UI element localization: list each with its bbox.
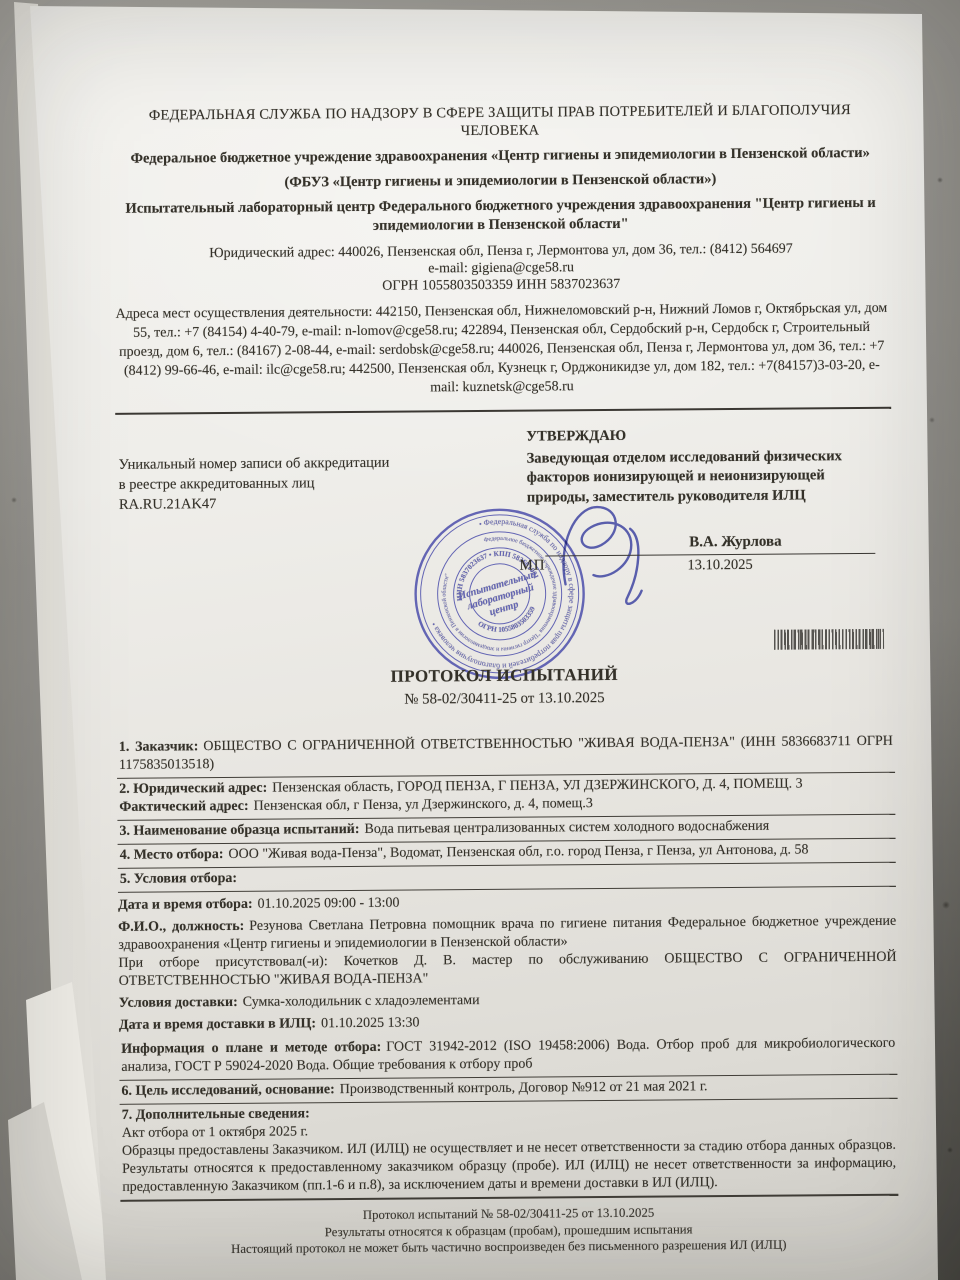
protocol-title-block: ПРОТОКОЛ ИСПЫТАНИЙ № 58-02/30411-25 от 1… <box>118 663 890 711</box>
section-1-text: ОБЩЕСТВО С ОГРАНИЧЕННОЙ ОТВЕТСТВЕННОСТЬЮ… <box>119 734 893 773</box>
header-organization: Федеральное бюджетное учреждение здравоо… <box>114 144 886 169</box>
section-5-heading: 5. Условия отбора: <box>118 863 896 893</box>
approver-name: В.А. Журлова <box>689 534 782 552</box>
section-1-label: 1. Заказчик: <box>119 739 204 755</box>
sampler-fio: Ф.И.О., должность:Резунова Светлана Петр… <box>118 913 896 955</box>
delivery-datetime-value: 01.10.2025 13:30 <box>321 1015 420 1031</box>
header-organization-short: (ФБУЗ «Центр гигиены и эпидемиологии в П… <box>114 169 886 193</box>
accreditation-note: Уникальный номер записи об аккредитации … <box>119 452 459 515</box>
section-6-text: Производственный контроль, Договор №912 … <box>340 1079 708 1097</box>
section-2-legal-label: 2. Юридический адрес: <box>119 781 272 797</box>
section-2-legal-text: Пензенская область, ГОРОД ПЕНЗА, Г ПЕНЗА… <box>272 776 803 795</box>
header-agency: ФЕДЕРАЛЬНАЯ СЛУЖБА ПО НАДЗОРУ В СФЕРЕ ЗА… <box>114 101 886 143</box>
section-1-customer: 1. Заказчик:ОБЩЕСТВО С ОГРАНИЧЕННОЙ ОТВЕ… <box>117 731 895 779</box>
document-header: ФЕДЕРАЛЬНАЯ СЛУЖБА ПО НАДЗОРУ В СФЕРЕ ЗА… <box>114 101 888 400</box>
seal-mark: МП <box>519 557 545 574</box>
sampling-datetime-label: Дата и время отбора: <box>118 897 258 913</box>
present-persons-label: При отборе присутствовал(-и): <box>118 954 327 971</box>
delivery-conditions-label: Условия доставки: <box>119 995 243 1011</box>
section-3-label: 3. Наименование образца испытаний: <box>119 822 364 839</box>
delivery-datetime-row: Дата и время доставки в ИЛЦ:01.10.2025 1… <box>119 1011 897 1035</box>
section-4-text: ООО "Живая вода-Пенза", Водомат, Пензенс… <box>228 842 808 862</box>
approval-title: УТВЕРЖДАЮ <box>526 425 878 447</box>
barcode <box>774 629 884 650</box>
photo-scene: ФЕДЕРАЛЬНАЯ СЛУЖБА ПО НАДЗОРУ В СФЕРЕ ЗА… <box>0 0 960 1280</box>
section-2-actual-text: Пензенская обл, г Пенза, ул Дзержинского… <box>254 796 593 814</box>
approval-date: 13.10.2025 <box>687 557 752 575</box>
protocol-title: ПРОТОКОЛ ИСПЫТАНИЙ <box>118 663 890 689</box>
section-7-disclaimer: Образцы предоставлены Заказчиком. ИЛ (ИЛ… <box>122 1137 896 1197</box>
accreditation-line-2: в реестре аккредитованных лиц <box>119 472 459 495</box>
delivery-datetime-label: Дата и время доставки в ИЛЦ: <box>119 1016 321 1033</box>
accreditation-line-1: Уникальный номер записи об аккредитации <box>119 452 459 475</box>
section-2-addresses: 2. Юридический адрес:Пензенская область,… <box>117 773 895 821</box>
sampling-method-row: Информация о плане и методе отбора:ГОСТ … <box>119 1033 897 1081</box>
section-2-actual-label: Фактический адрес: <box>119 799 253 815</box>
section-5-label: 5. Условия отбора: <box>120 871 242 887</box>
page-footer: Протокол испытаний № 58-02/30411-25 от 1… <box>122 1203 894 1259</box>
sampling-datetime-value: 01.10.2025 09:00 - 13:00 <box>258 896 400 912</box>
accreditation-number: RA.RU.21AK47 <box>119 492 459 515</box>
document-content: ФЕДЕРАЛЬНАЯ СЛУЖБА ПО НАДЗОРУ В СФЕРЕ ЗА… <box>0 0 960 1280</box>
header-lab-center: Испытательный лабораторный центр Федерал… <box>115 194 887 238</box>
sampling-datetime-row: Дата и время отбора:01.10.2025 09:00 - 1… <box>118 891 896 915</box>
present-persons: При отборе присутствовал(-и): Кочетков Д… <box>118 949 896 991</box>
section-6-label: 6. Цель исследований, основание: <box>121 1082 339 1099</box>
header-activity-addresses: Адреса мест осуществления деятельности: … <box>115 299 888 400</box>
sampling-method-label: Информация о плане и методе отбора: <box>121 1040 386 1057</box>
sampler-row: Ф.И.О., должность:Резунова Светлана Петр… <box>118 913 897 991</box>
protocol-sections: 1. Заказчик:ОБЩЕСТВО С ОГРАНИЧЕННОЙ ОТВЕ… <box>117 731 899 1202</box>
protocol-number: № 58-02/30411-25 от 13.10.2025 <box>118 688 890 711</box>
delivery-conditions-value: Сумка-холодильник с хладоэлементами <box>243 993 480 1010</box>
section-7-additional: 7. Дополнительные сведения: Акт отбора о… <box>120 1099 899 1202</box>
approval-block: Уникальный номер записи об аккредитации … <box>116 409 890 665</box>
delivery-conditions-row: Условия доставки:Сумка-холодильник с хла… <box>119 989 897 1013</box>
sampler-fio-label: Ф.И.О., должность: <box>118 919 249 935</box>
section-4-label: 4. Место отбора: <box>120 847 229 863</box>
section-3-text: Вода питьевая централизованных систем хо… <box>364 819 769 837</box>
